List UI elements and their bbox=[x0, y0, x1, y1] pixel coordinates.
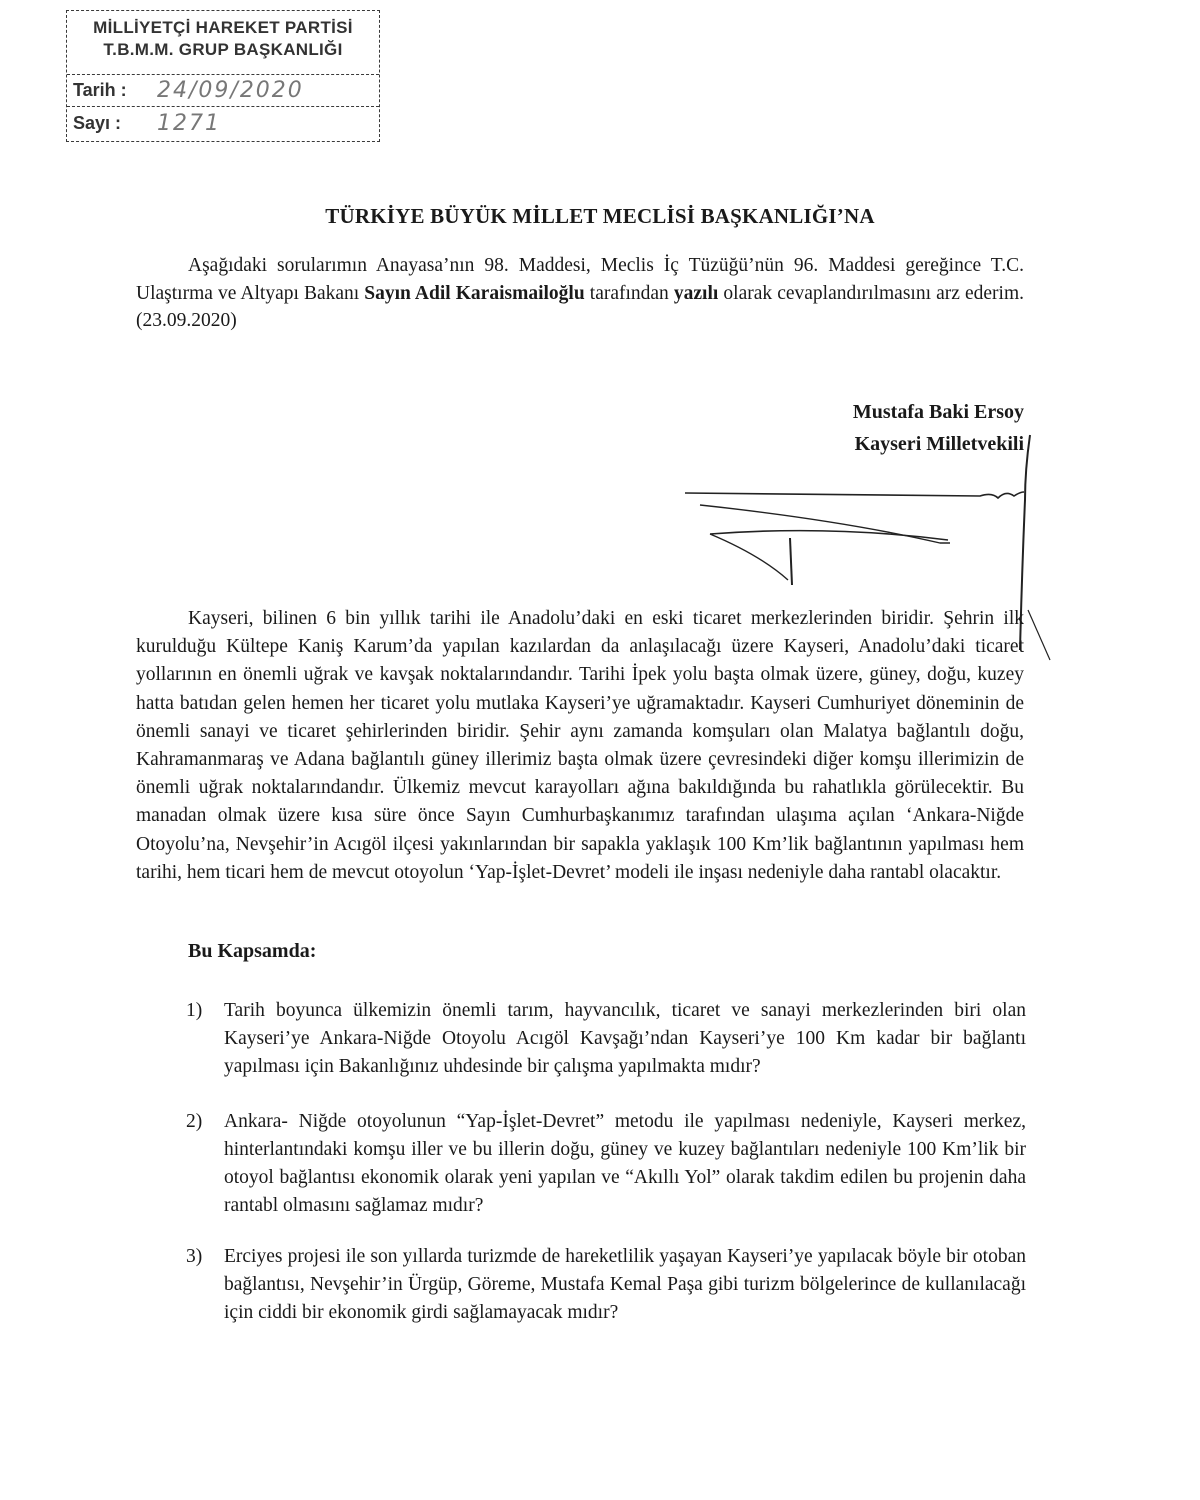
stamp-number-row: Sayı : 1271 bbox=[67, 107, 379, 139]
question-text: Erciyes projesi ile son yıllarda turizmd… bbox=[224, 1243, 1026, 1327]
stamp-date-label: Tarih : bbox=[73, 80, 143, 101]
question-text: Tarih boyunca ülkemizin önemli tarım, ha… bbox=[224, 997, 1026, 1081]
question-item: 2) Ankara- Niğde otoyolunun “Yap-İşlet-D… bbox=[186, 1108, 1026, 1220]
stamp-date-row: Tarih : 24/09/2020 bbox=[67, 75, 379, 107]
intro-paragraph: Aşağıdaki sorularımın Anayasa’nın 98. Ma… bbox=[136, 252, 1024, 335]
signatory-name: Mustafa Baki Ersoy bbox=[853, 396, 1024, 428]
stamp-number-value: 1271 bbox=[157, 111, 221, 136]
stamp-org-line1: MİLLİYETÇİ HAREKET PARTİSİ bbox=[67, 17, 379, 39]
question-item: 1) Tarih boyunca ülkemizin önemli tarım,… bbox=[186, 997, 1026, 1081]
stamp-number-label: Sayı : bbox=[73, 113, 143, 134]
stamp-org-line2: T.B.M.M. GRUP BAŞKANLIĞI bbox=[67, 39, 379, 61]
body-paragraph: Kayseri, bilinen 6 bin yıllık tarihi ile… bbox=[136, 605, 1024, 887]
question-text: Ankara- Niğde otoyolunun “Yap-İşlet-Devr… bbox=[224, 1108, 1026, 1220]
minister-name: Sayın Adil Karaismailoğlu bbox=[364, 283, 584, 304]
party-stamp: MİLLİYETÇİ HAREKET PARTİSİ T.B.M.M. GRUP… bbox=[66, 10, 380, 142]
stamp-organization: MİLLİYETÇİ HAREKET PARTİSİ T.B.M.M. GRUP… bbox=[67, 11, 379, 75]
question-item: 3) Erciyes projesi ile son yıllarda turi… bbox=[186, 1243, 1026, 1327]
question-number: 1) bbox=[186, 997, 224, 1081]
intro-text-2: tarafından bbox=[585, 283, 674, 304]
question-number: 2) bbox=[186, 1108, 224, 1220]
stamp-date-value: 24/09/2020 bbox=[157, 78, 304, 103]
question-number: 3) bbox=[186, 1243, 224, 1327]
written-keyword: yazılı bbox=[674, 283, 718, 304]
document-title: TÜRKİYE BÜYÜK MİLLET MECLİSİ BAŞKANLIĞI’… bbox=[0, 204, 1200, 229]
questions-heading: Bu Kapsamda: bbox=[188, 940, 316, 963]
